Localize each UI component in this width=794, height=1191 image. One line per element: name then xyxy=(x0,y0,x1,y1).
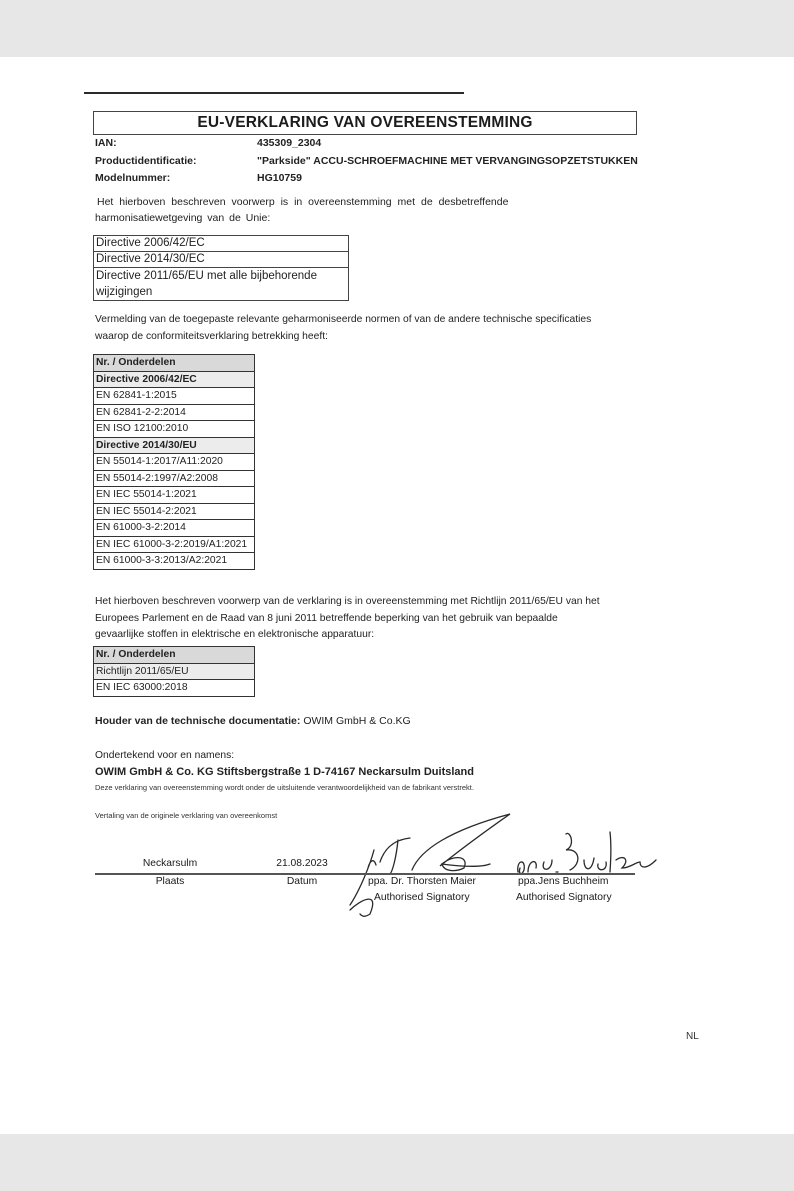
date-value: 21.08.2023 xyxy=(252,858,352,869)
directives-table: Directive 2006/42/EC Directive 2014/30/E… xyxy=(93,235,349,301)
standards-group-title: Directive 2014/30/EU xyxy=(94,437,255,454)
date-label: Datum xyxy=(252,876,352,887)
rohs-header: Nr. / Onderdelen xyxy=(94,647,255,664)
rohs-subheader: Richtlijn 2011/65/EU xyxy=(94,663,255,680)
product-label: Productidentificatie: xyxy=(95,155,197,167)
rohs-intro-line-2: Europees Parlement en de Raad van 8 juni… xyxy=(95,613,558,624)
top-margin-band xyxy=(0,0,794,57)
standards-intro-line-1: Vermelding van de toegepaste relevante g… xyxy=(95,314,591,325)
standard-row: EN 61000-3-2:2014 xyxy=(94,520,255,537)
rohs-table: Nr. / Onderdelen Richtlijn 2011/65/EU EN… xyxy=(93,646,255,697)
standards-intro-line-2: waarop de conformiteitsverklaring betrek… xyxy=(95,331,328,342)
directive-row: Directive 2011/65/EU met alle bijbehoren… xyxy=(94,268,349,301)
translation-note: Vertaling van de originele verklaring va… xyxy=(95,811,277,820)
standard-row: EN 55014-1:2017/A11:2020 xyxy=(94,454,255,471)
model-value: HG10759 xyxy=(257,172,302,184)
tech-doc-value: OWIM GmbH & Co.KG xyxy=(303,715,410,727)
rohs-intro-line-1: Het hierboven beschreven voorwerp van de… xyxy=(95,596,600,607)
ian-label: IAN: xyxy=(95,137,117,149)
place-value: Neckarsulm xyxy=(120,858,220,869)
product-value: "Parkside" ACCU-SCHROEFMACHINE MET VERVA… xyxy=(257,155,638,167)
directive-text-cont: wijzigingen xyxy=(96,286,152,298)
rohs-row: EN IEC 63000:2018 xyxy=(94,680,255,697)
standard-row: EN 55014-2:1997/A2:2008 xyxy=(94,470,255,487)
intro-line-1: Het hierboven beschreven voorwerp is in … xyxy=(97,196,508,208)
standards-table: Nr. / Onderdelen Directive 2006/42/EC EN… xyxy=(93,354,255,570)
tech-doc-label: Houder van de technische documentatie: xyxy=(95,715,300,727)
company-address: OWIM GmbH & Co. KG Stiftsbergstraße 1 D-… xyxy=(95,766,474,778)
signatory1-role: Authorised Signatory xyxy=(374,892,470,903)
standard-row: EN ISO 12100:2010 xyxy=(94,421,255,438)
model-label: Modelnummer: xyxy=(95,172,170,184)
standard-row: EN 62841-2-2:2014 xyxy=(94,404,255,421)
document-title: EU-VERKLARING VAN OVEREENSTEMMING xyxy=(93,111,637,135)
standard-row: EN 62841-1:2015 xyxy=(94,388,255,405)
header-rule xyxy=(84,92,464,94)
signatory1-name: ppa. Dr. Thorsten Maier xyxy=(368,876,476,887)
bottom-margin-band xyxy=(0,1134,794,1191)
responsibility-note: Deze verklaring van overeenstemming word… xyxy=(95,783,474,792)
ian-value: 435309_2304 xyxy=(257,137,321,149)
intro-line-2: harmonisatiewetgeving van de Unie: xyxy=(95,212,270,224)
directive-row: Directive 2014/30/EC xyxy=(94,252,349,268)
standards-header: Nr. / Onderdelen xyxy=(94,355,255,372)
signatory2-name: ppa.Jens Buchheim xyxy=(518,876,608,887)
directive-text: Directive 2011/65/EU met alle bijbehoren… xyxy=(96,270,317,282)
standard-row: EN IEC 55014-1:2021 xyxy=(94,487,255,504)
standard-row: EN IEC 61000-3-2:2019/A1:2021 xyxy=(94,536,255,553)
standard-row: EN 61000-3-3:2013/A2:2021 xyxy=(94,553,255,570)
rohs-intro-line-3: gevaarlijke stoffen in elektrische en el… xyxy=(95,629,374,640)
signed-for: Ondertekend voor en namens: xyxy=(95,750,234,761)
directive-row: Directive 2006/42/EC xyxy=(94,236,349,252)
standards-group-title: Directive 2006/42/EC xyxy=(94,371,255,388)
signatures-drawing xyxy=(340,810,660,920)
signature-buchheim-stroke xyxy=(518,832,656,874)
signatory2-role: Authorised Signatory xyxy=(516,892,612,903)
signature-maier-tail xyxy=(350,899,373,916)
language-code: NL xyxy=(686,1031,699,1042)
tech-doc-holder: Houder van de technische documentatie: O… xyxy=(95,715,411,727)
signature-line xyxy=(95,873,635,875)
standard-row: EN IEC 55014-2:2021 xyxy=(94,503,255,520)
place-label: Plaats xyxy=(120,876,220,887)
